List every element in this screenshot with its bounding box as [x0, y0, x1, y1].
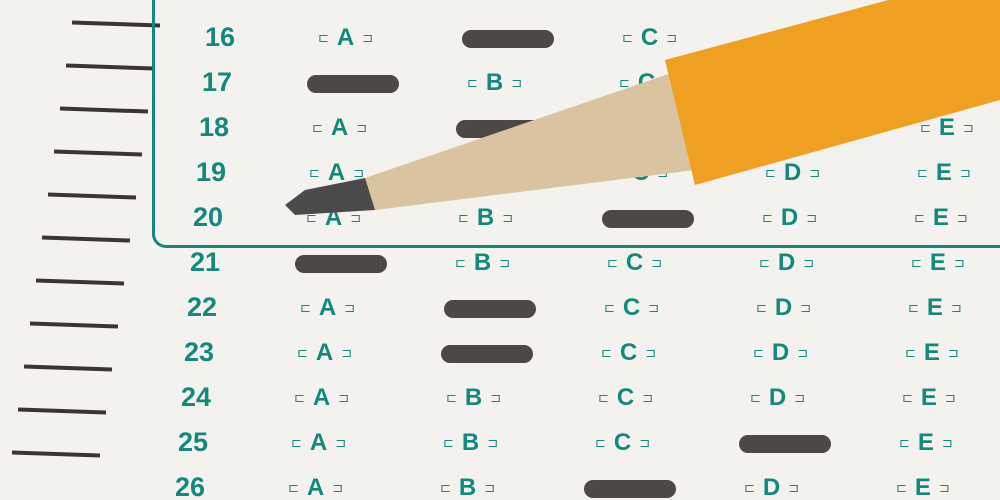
timing-mark: [54, 149, 142, 156]
timing-mark: [42, 235, 130, 242]
answer-bubble[interactable]: ⊏C⊐: [593, 339, 664, 367]
answer-bubble[interactable]: ⊏C⊐: [596, 294, 667, 322]
question-number: 26: [175, 472, 205, 500]
answer-bubble[interactable]: ⊏B⊐: [438, 384, 509, 412]
answer-bubble[interactable]: ⊏C⊐: [599, 249, 670, 277]
timing-mark: [24, 364, 112, 371]
answer-bubble[interactable]: ⊏C⊐: [590, 384, 661, 412]
answer-bubble[interactable]: ⊏C⊐: [587, 429, 658, 457]
question-number: 23: [184, 337, 214, 368]
answer-bubble[interactable]: ⊏A⊐: [289, 339, 360, 367]
timing-mark: [72, 20, 160, 27]
answer-bubble[interactable]: ⊏E⊐: [903, 249, 973, 277]
answer-bubble[interactable]: ⊏E⊐: [897, 339, 967, 367]
answer-bubble[interactable]: ⊏D⊐: [742, 384, 813, 412]
timing-mark: [60, 106, 148, 113]
answer-bubble[interactable]: ⊏B⊐: [432, 474, 503, 500]
answer-bubble[interactable]: ⊏A⊐: [292, 294, 363, 322]
filled-bubble[interactable]: [295, 255, 387, 273]
filled-bubble[interactable]: [739, 435, 831, 453]
filled-bubble[interactable]: [441, 345, 533, 363]
question-number: 21: [190, 247, 220, 278]
answer-bubble[interactable]: ⊏E⊐: [894, 384, 964, 412]
answer-bubble[interactable]: ⊏A⊐: [283, 429, 354, 457]
answer-bubble[interactable]: ⊏D⊐: [745, 339, 816, 367]
answer-bubble[interactable]: ⊏E⊐: [891, 429, 961, 457]
answer-bubble[interactable]: ⊏E⊐: [888, 474, 958, 500]
timing-mark: [18, 407, 106, 414]
answer-bubble[interactable]: ⊏A⊐: [286, 384, 357, 412]
timing-mark: [36, 278, 124, 285]
question-number: 25: [178, 427, 208, 458]
answer-bubble[interactable]: ⊏D⊐: [748, 294, 819, 322]
answer-bubble[interactable]: ⊏A⊐: [280, 474, 351, 500]
timing-mark: [48, 192, 136, 199]
timing-mark: [30, 321, 118, 328]
timing-mark: [12, 450, 100, 457]
question-number: 24: [181, 382, 211, 413]
question-number: 22: [187, 292, 217, 323]
timing-mark: [66, 63, 154, 70]
answer-bubble[interactable]: ⊏D⊐: [751, 249, 822, 277]
filled-bubble[interactable]: [584, 480, 676, 498]
pencil: [285, 0, 1000, 220]
answer-bubble[interactable]: ⊏D⊐: [736, 474, 807, 500]
filled-bubble[interactable]: [444, 300, 536, 318]
answer-bubble[interactable]: ⊏E⊐: [900, 294, 970, 322]
answer-bubble[interactable]: ⊏B⊐: [447, 249, 518, 277]
answer-bubble[interactable]: ⊏B⊐: [435, 429, 506, 457]
